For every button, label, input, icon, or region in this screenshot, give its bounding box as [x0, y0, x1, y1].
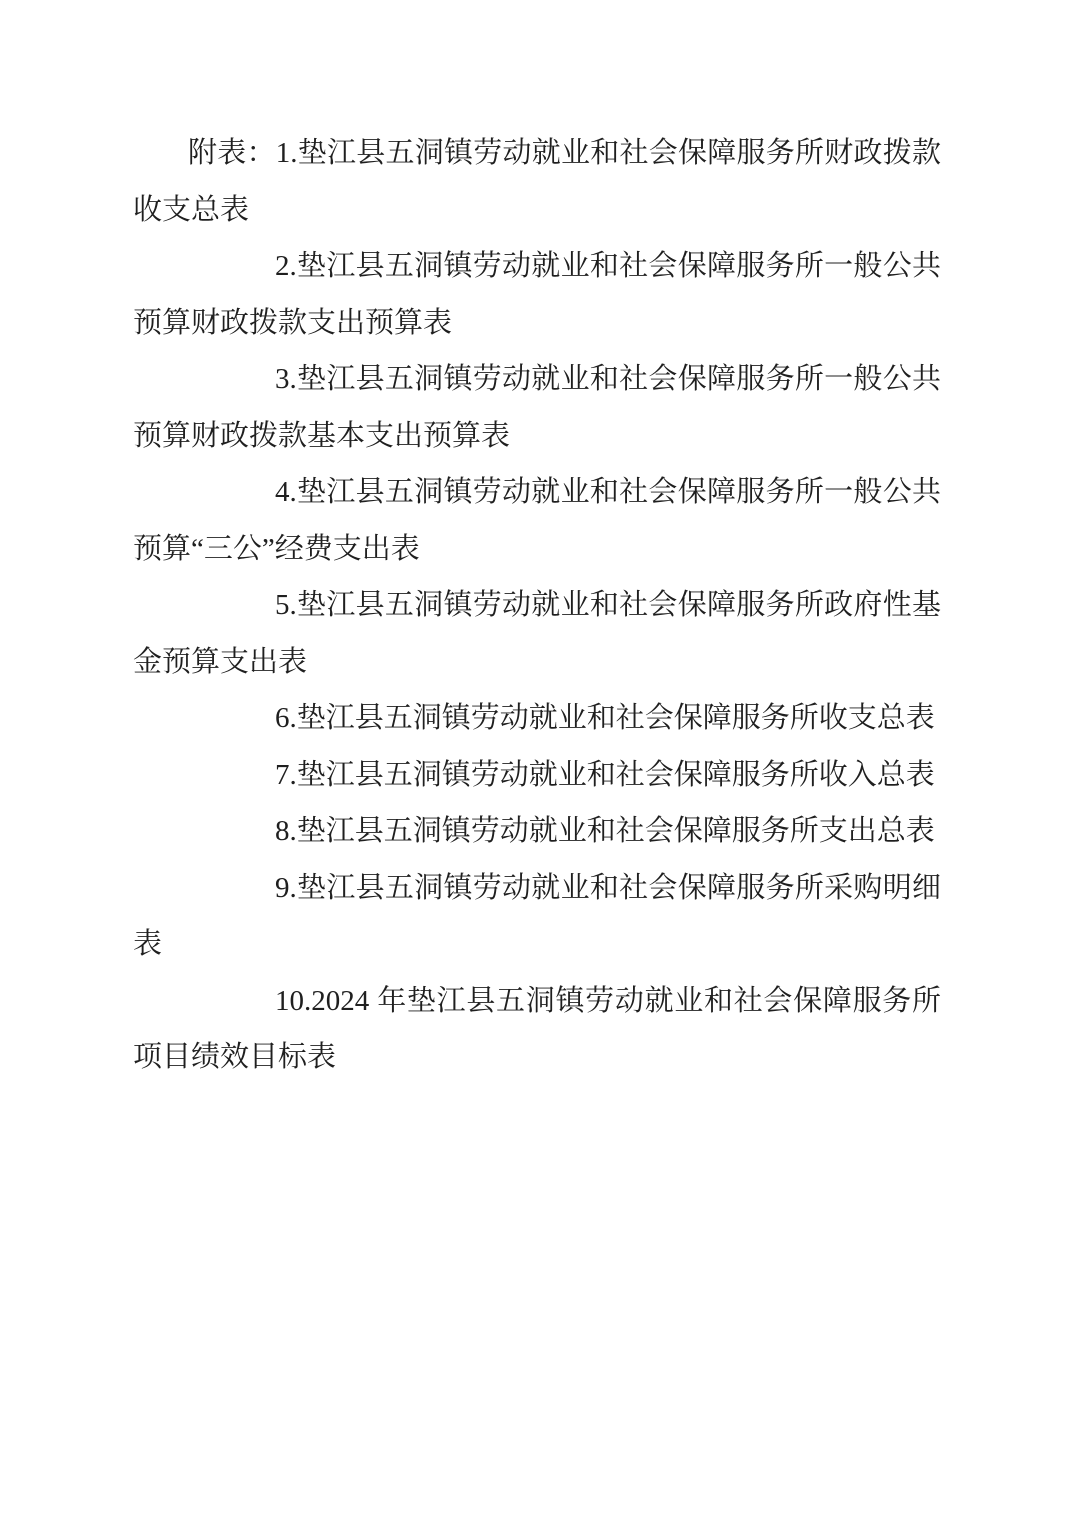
doc-line: 5.垫江县五洞镇劳动就业和社会保障服务所政府性基 — [133, 577, 941, 634]
doc-line: 6.垫江县五洞镇劳动就业和社会保障服务所收支总表 — [133, 690, 941, 747]
doc-line: 3.垫江县五洞镇劳动就业和社会保障服务所一般公共 — [133, 351, 941, 408]
doc-line: 7.垫江县五洞镇劳动就业和社会保障服务所收入总表 — [133, 747, 941, 804]
doc-line: 预算财政拨款支出预算表 — [133, 295, 941, 352]
doc-line: 10.2024 年垫江县五洞镇劳动就业和社会保障服务所 — [133, 973, 941, 1030]
doc-line: 预算“三公”经费支出表 — [133, 521, 941, 578]
doc-line: 2.垫江县五洞镇劳动就业和社会保障服务所一般公共 — [133, 238, 941, 295]
doc-line: 收支总表 — [133, 182, 941, 239]
doc-line: 9.垫江县五洞镇劳动就业和社会保障服务所采购明细 — [133, 860, 941, 917]
doc-line: 8.垫江县五洞镇劳动就业和社会保障服务所支出总表 — [133, 803, 941, 860]
doc-line: 表 — [133, 916, 941, 973]
doc-line: 金预算支出表 — [133, 634, 941, 691]
attachment-table-list: 附表：1.垫江县五洞镇劳动就业和社会保障服务所财政拨款收支总表2.垫江县五洞镇劳… — [133, 125, 941, 1086]
doc-line: 附表：1.垫江县五洞镇劳动就业和社会保障服务所财政拨款 — [133, 125, 941, 182]
doc-line: 项目绩效目标表 — [133, 1029, 941, 1086]
document-page: 附表：1.垫江县五洞镇劳动就业和社会保障服务所财政拨款收支总表2.垫江县五洞镇劳… — [0, 0, 1074, 1520]
doc-line: 预算财政拨款基本支出预算表 — [133, 408, 941, 465]
doc-line: 4.垫江县五洞镇劳动就业和社会保障服务所一般公共 — [133, 464, 941, 521]
